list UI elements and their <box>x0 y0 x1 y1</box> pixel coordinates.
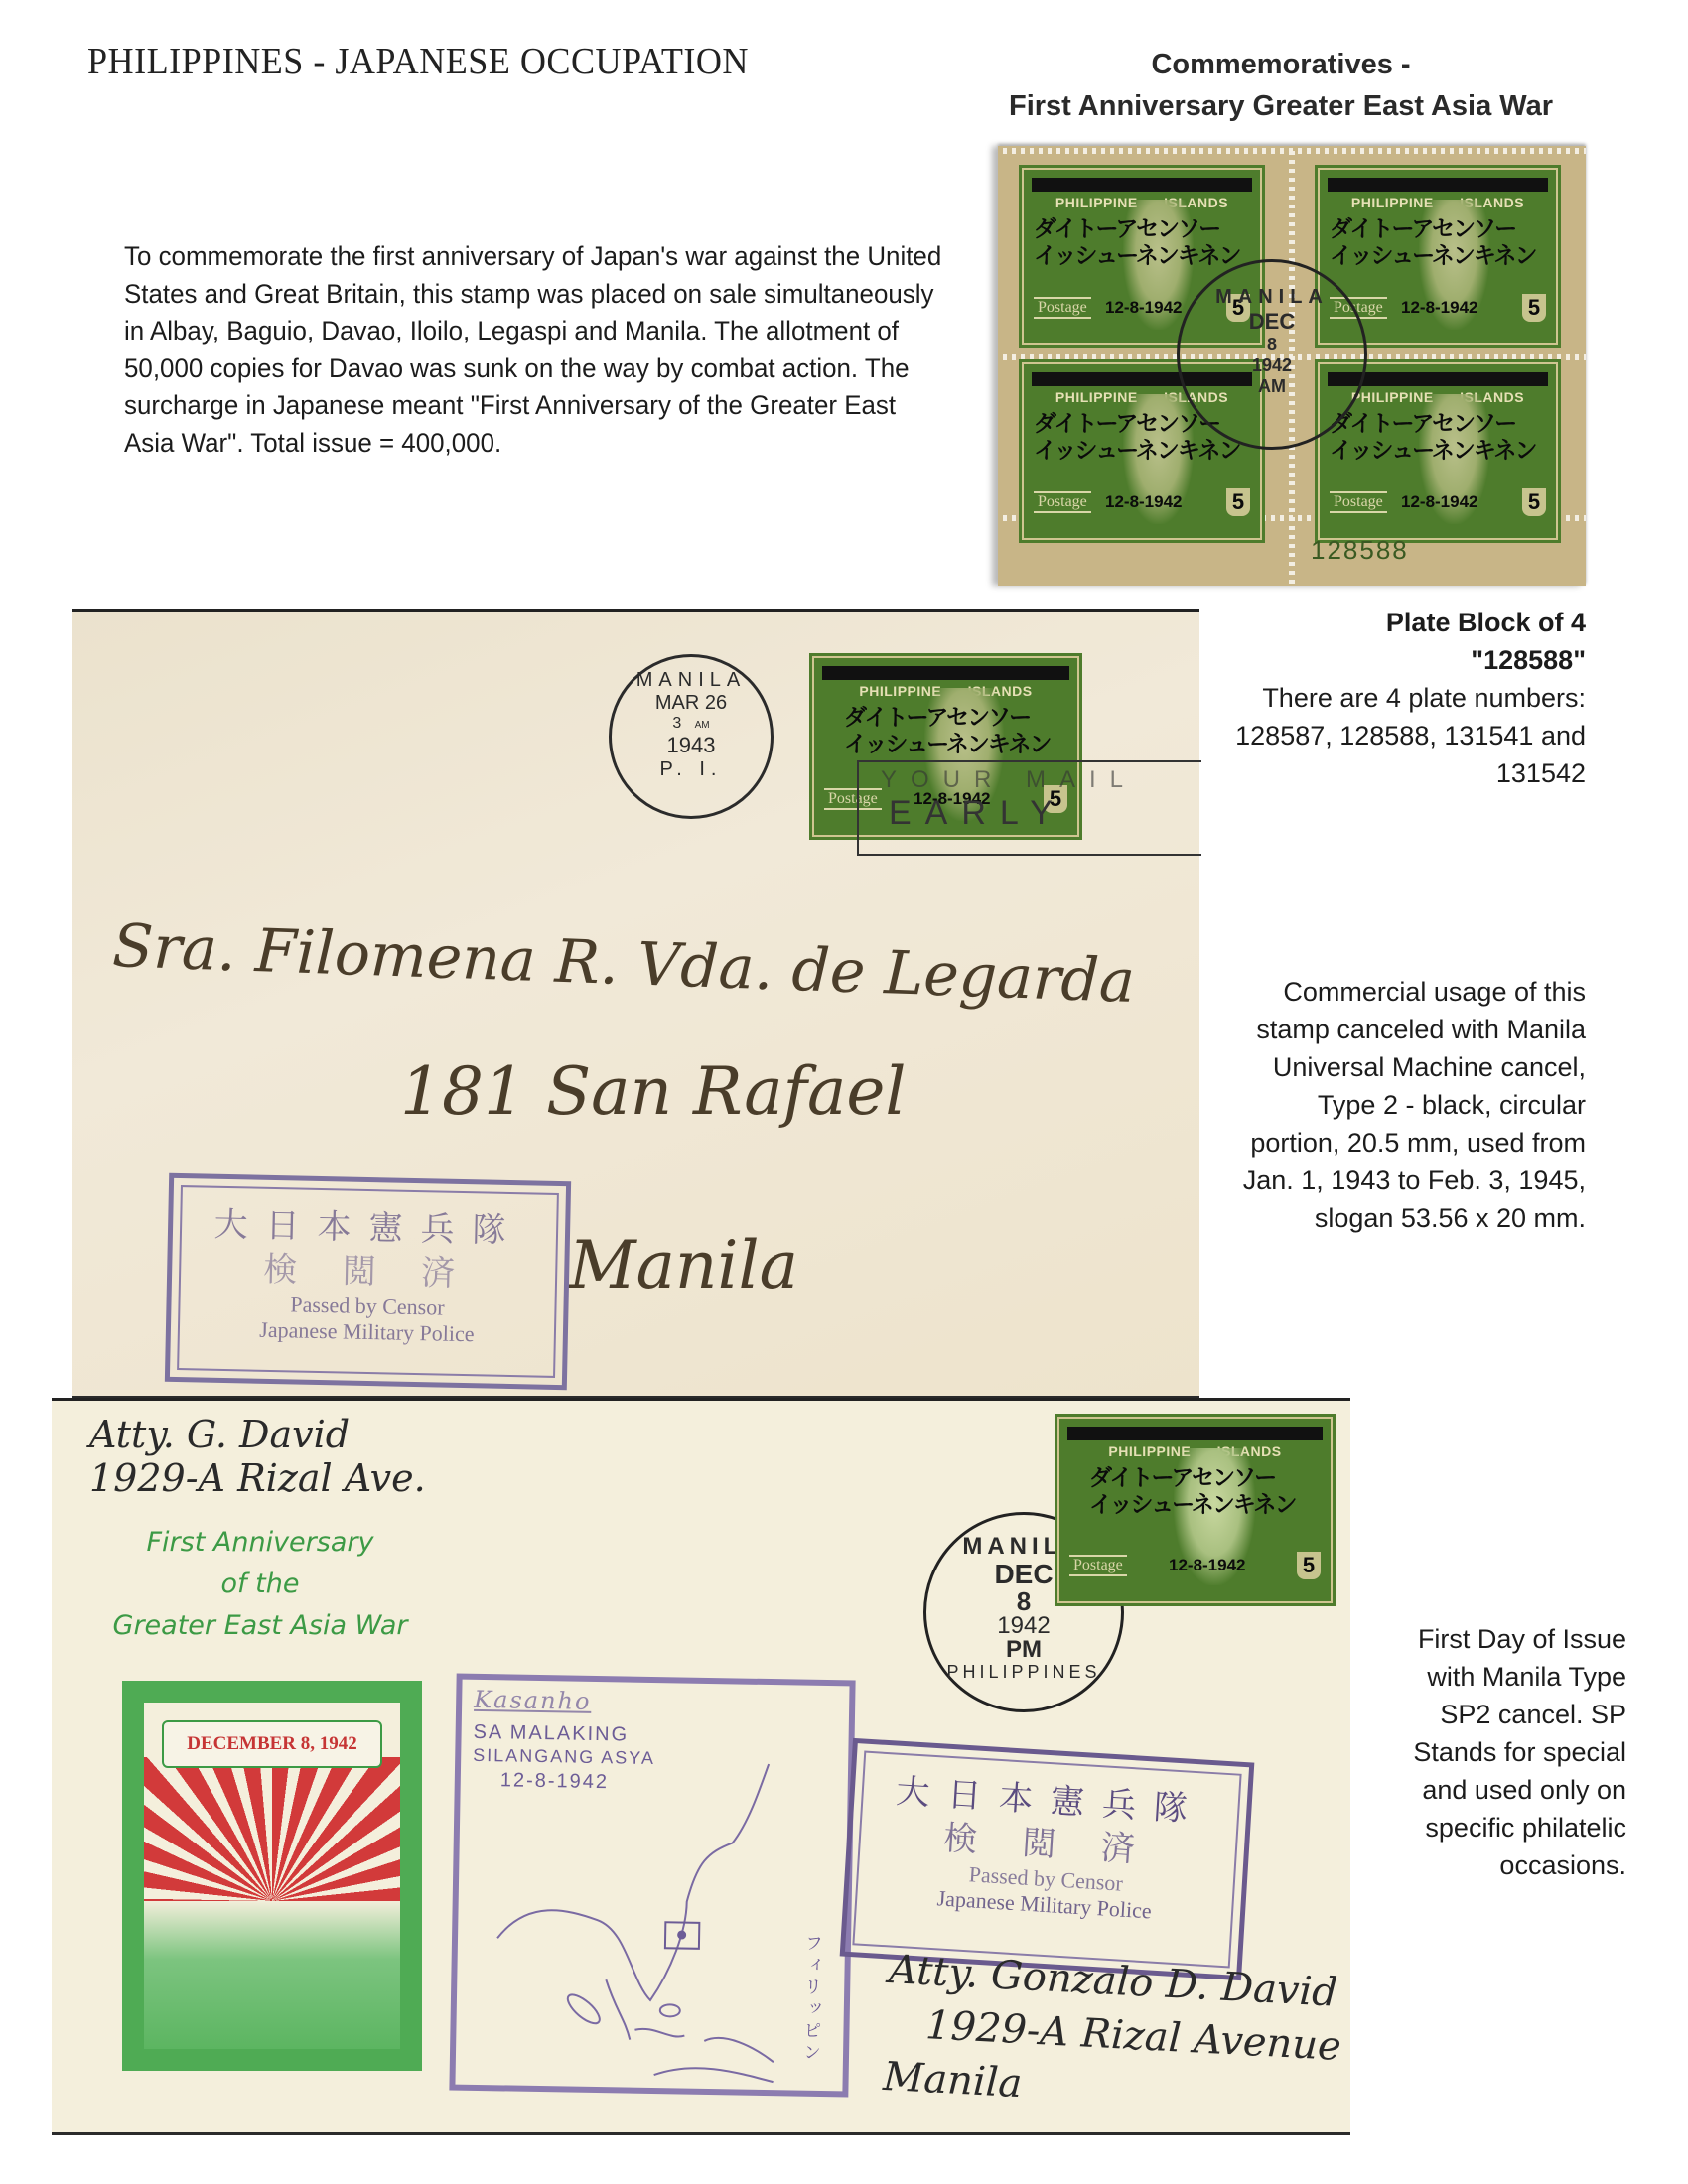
stamp-date: 12-8-1942 <box>1169 1556 1246 1575</box>
stamp-date: 12-8-1942 <box>1401 298 1478 318</box>
stamp-value: 5 <box>1522 294 1546 322</box>
address-line: Manila <box>569 1227 798 1303</box>
rising-sun-icon <box>144 1757 400 1901</box>
first-day-cover: Atty. G. David 1929-A Rizal Ave. First A… <box>52 1398 1350 2135</box>
asia-map-icon <box>455 1680 849 2092</box>
section-title: Commemoratives - First Anniversary Great… <box>953 44 1609 127</box>
recipient-address: Atty. Gonzalo D. David 1929-A Rizal Aven… <box>882 1943 1345 2127</box>
postmark: MANILA MAR 26 3 AM 1943 P. I. <box>609 654 774 819</box>
stamp-value: 5 <box>1522 488 1546 516</box>
plate-block-note-body: There are 4 plate numbers: 128587, 12858… <box>1235 683 1586 788</box>
cachet-illustration: DECEMBER 8, 1942 <box>122 1681 422 2071</box>
stamp-surcharge: ダイトーアセンソーイッシューネンキネン <box>1330 410 1535 464</box>
fdc-note: First Day of Issue with Manila Type SP2 … <box>1370 1620 1626 1884</box>
stamp-surcharge: ダイトーアセンソーイッシューネンキネン <box>1330 215 1535 269</box>
cachet-banner: DECEMBER 8, 1942 <box>162 1720 382 1768</box>
stamp-label: Postage <box>1034 491 1091 513</box>
stamp-surcharge: ダイトーアセンソーイッシューネンキネン <box>1034 215 1239 269</box>
section-title-line1: Commemoratives - <box>953 44 1609 85</box>
japanese-flag-icon <box>664 1921 700 1950</box>
map-cachet: Kasanho SA MALAKING SILANGANG ASYA 12-8-… <box>449 1674 855 2098</box>
address-line: Sra. Filomena R. Vda. de Legarda <box>111 911 1136 1017</box>
stamp-label: Postage <box>1034 297 1091 319</box>
section-title-line2: First Anniversary Greater East Asia War <box>953 85 1609 127</box>
address-line: 181 San Rafael <box>400 1053 907 1130</box>
commercial-usage-note: Commercial usage of this stamp canceled … <box>1231 973 1586 1237</box>
plate-block-image: PHILIPPINE ISLANDS ダイトーアセンソーイッシューネンキネン P… <box>998 146 1586 586</box>
cachet-people-graphic <box>144 1900 400 2049</box>
censor-mark: 大日本憲兵隊 検 閲 済 Passed by Censor Japanese M… <box>165 1173 571 1390</box>
intro-paragraph: To commemorate the first anniversary of … <box>124 238 944 462</box>
page-title: PHILIPPINES - JAPANESE OCCUPATION <box>87 40 749 83</box>
sender-address: Atty. G. David 1929-A Rizal Ave. <box>89 1413 426 1500</box>
plate-number: 128588 <box>1311 535 1409 566</box>
postmark: MANILA DEC 8 1942 AM <box>1177 259 1367 450</box>
stamp-value: 5 <box>1226 488 1250 516</box>
cachet-title: First Anniversary of the Greater East As… <box>91 1522 429 1647</box>
stamp-surcharge: ダイトーアセンソーイッシューネンキネン <box>844 704 1050 757</box>
stamp-date: 12-8-1942 <box>1401 492 1478 512</box>
plate-block-note-title: Plate Block of 4 <box>1231 604 1586 641</box>
stamp-date: 12-8-1942 <box>1105 492 1183 512</box>
stamp-label: Postage <box>1330 491 1387 513</box>
stamp: PHILIPPINE ISLANDS ダイトーアセンソーイッシューネンキネン P… <box>1057 1417 1333 1603</box>
machine-cancel-slogan: YOUR MAIL EARLY <box>857 760 1201 856</box>
plate-block-note: Plate Block of 4 "128588" There are 4 pl… <box>1231 604 1586 792</box>
stamp-surcharge: ダイトーアセンソーイッシューネンキネン <box>1089 1464 1295 1518</box>
stamp-label: Postage <box>1069 1555 1127 1576</box>
stamp-value: 5 <box>1297 1552 1321 1579</box>
stamp-date: 12-8-1942 <box>1105 298 1183 318</box>
commercial-cover: MANILA MAR 26 3 AM 1943 P. I. PHILIPPINE… <box>72 609 1199 1399</box>
plate-block-note-number: "128588" <box>1231 641 1586 679</box>
